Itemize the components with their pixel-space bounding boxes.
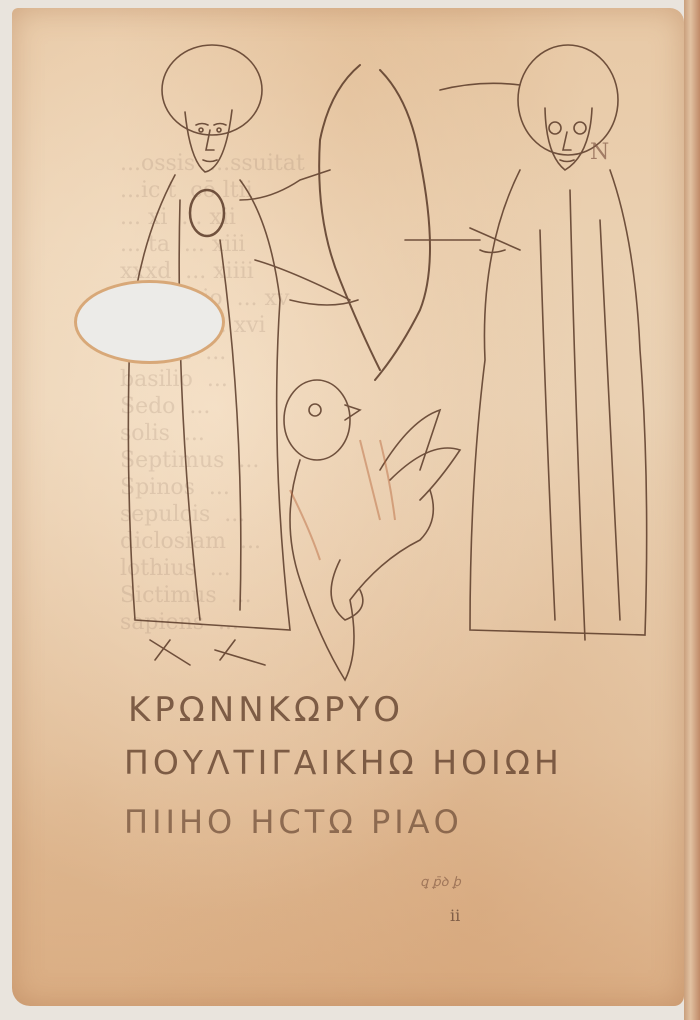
creature-head bbox=[284, 380, 350, 460]
left-figure-orb bbox=[190, 190, 224, 236]
greek-text-line-3: ΠΙΙΗΟ ΗCΤΩ ΡΙΑΟ bbox=[124, 803, 463, 841]
parchment-hole bbox=[77, 283, 222, 361]
greek-text-line-1: ΚΡΩΝΝΚΩΡΥΟ bbox=[128, 690, 404, 730]
margin-letter: N bbox=[590, 140, 609, 165]
left-figure-halo bbox=[162, 45, 262, 135]
marginal-note: ꝗ ꝑ̄ꝺ ꝧ bbox=[420, 872, 461, 890]
right-figure-halo bbox=[518, 45, 618, 155]
greek-text-line-2: ΠΟΥΛΤΙΓΑΙΚΗΩ ΗΟΙΩΗ bbox=[124, 743, 563, 782]
folio-mark: ii bbox=[450, 906, 460, 925]
